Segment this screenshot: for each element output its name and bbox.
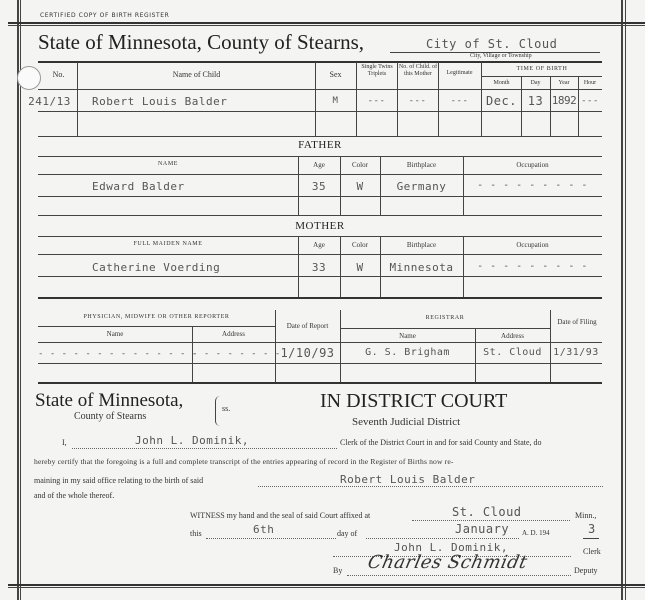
bottom-rule xyxy=(8,584,645,586)
mother-col-birthplace: Birthplace xyxy=(380,241,463,249)
minn-label: Minn., xyxy=(575,511,596,520)
form-title: CERTIFIED COPY OF BIRTH REGISTER xyxy=(40,12,169,19)
father-occupation-value: - - - - - - - - - xyxy=(463,180,602,191)
father-section-title: FATHER xyxy=(38,139,602,151)
father-header-bottom xyxy=(38,174,602,175)
witness-text: WITNESS my hand and the seal of said Cou… xyxy=(190,511,370,520)
physician-title: PHYSICIAN, MIDWIFE OR OTHER REPORTER xyxy=(38,314,275,320)
registrar-header-mid xyxy=(340,328,550,329)
report-row-bottom xyxy=(38,363,602,364)
col-month: Month xyxy=(482,80,521,86)
top-rule-2 xyxy=(8,25,645,26)
right-border xyxy=(621,0,623,600)
col-year: Year xyxy=(550,80,578,86)
report-header-mid xyxy=(38,326,275,327)
year-underline xyxy=(583,538,599,539)
father-bottom xyxy=(38,215,602,216)
mother-header-bottom xyxy=(38,254,602,255)
col-plurality: Single Twins Triplets xyxy=(358,64,396,78)
physician-name-value: - - - - - - - - - - - - - - xyxy=(38,349,192,359)
date-of-report-value: 1/10/93 xyxy=(275,346,340,360)
child-legitimate-value: --- xyxy=(438,96,481,106)
mother-bottom xyxy=(38,297,602,299)
father-top xyxy=(38,156,602,157)
mother-color-value: W xyxy=(340,261,380,274)
child-number-value: --- xyxy=(397,96,438,106)
month-value: January xyxy=(455,522,509,536)
child-name-value: Robert Louis Balder xyxy=(92,95,227,108)
col-sex: Sex xyxy=(315,70,356,79)
mother-section-title: MOTHER xyxy=(38,220,602,232)
birth-year-value: 1892 xyxy=(548,94,580,107)
physician-name-label: Name xyxy=(38,330,192,338)
child-name-line xyxy=(258,486,603,487)
bottom-rule-2 xyxy=(8,587,645,588)
witness-place-line xyxy=(412,520,570,521)
right-border-inner xyxy=(625,0,626,600)
clerk-text: Clerk of the District Court in and for s… xyxy=(340,438,542,447)
day-value: 6th xyxy=(253,523,274,536)
child-plurality-value: --- xyxy=(356,96,397,106)
time-of-birth-divider xyxy=(482,76,602,77)
father-col-occupation: Occupation xyxy=(463,161,602,169)
col-hour: Hour xyxy=(578,80,602,86)
physician-address-label: Address xyxy=(192,330,275,338)
top-rule xyxy=(8,22,645,24)
mother-occupation-value: - - - - - - - - - xyxy=(463,261,602,272)
cert-line2: hereby certify that the foregoing is a f… xyxy=(34,457,454,466)
deputy-label: Deputy xyxy=(574,566,598,575)
child-sex-value: M xyxy=(315,96,356,106)
col-child-no: No. of Child. of this Mother xyxy=(398,64,438,78)
deputy-sign-line xyxy=(347,575,571,576)
col-name-of-child: Name of Child xyxy=(78,70,315,79)
date-of-filing-label: Date of Filing xyxy=(556,318,598,327)
mother-row-bottom xyxy=(38,276,602,277)
court-title: IN DISTRICT COURT xyxy=(320,390,507,413)
father-col-name: NAME xyxy=(38,161,298,167)
birth-day-value: 13 xyxy=(521,94,550,108)
mother-top xyxy=(38,236,602,237)
father-color-value: W xyxy=(340,180,380,193)
day-line xyxy=(206,538,336,539)
father-birthplace-value: Germany xyxy=(380,180,463,193)
registrar-name-label: Name xyxy=(340,332,475,340)
report-bottom xyxy=(38,382,602,384)
col-day: Day xyxy=(521,80,550,86)
birth-month-value: Dec. xyxy=(482,94,521,108)
punch-hole xyxy=(17,66,41,90)
mother-col-age: Age xyxy=(298,241,340,249)
child-no-value: 241/13 xyxy=(22,95,77,108)
father-row-bottom xyxy=(38,196,602,197)
report-header-bottom xyxy=(38,342,602,343)
by-label: By xyxy=(333,566,342,575)
col-div xyxy=(550,310,551,382)
registrar-title: REGISTRAR xyxy=(340,315,550,321)
father-age-value: 35 xyxy=(298,180,340,193)
day-of-label: day of xyxy=(337,529,357,538)
cert-state: State of Minnesota, xyxy=(35,390,183,412)
child-header-bottom xyxy=(38,89,602,90)
father-col-color: Color xyxy=(340,161,380,169)
cert-line3-prefix: maining in my said office relating to th… xyxy=(34,476,203,485)
registrar-address-label: Address xyxy=(475,332,550,340)
locality-label: City, Village or Township xyxy=(470,53,532,59)
mother-name-value: Catherine Voerding xyxy=(92,261,220,274)
mother-col-name: FULL MAIDEN NAME xyxy=(38,241,298,247)
left-border-inner xyxy=(20,0,21,600)
cert-line4: and of the whole thereof. xyxy=(34,491,114,500)
child-row-bottom xyxy=(38,111,602,112)
year-digit: 3 xyxy=(588,522,596,536)
mother-col-color: Color xyxy=(340,241,380,249)
birth-hour-value: --- xyxy=(578,96,602,106)
witness-place: St. Cloud xyxy=(452,505,522,519)
registrar-name-value: G. S. Brigham xyxy=(340,347,475,358)
registrar-address-value: St. Cloud xyxy=(475,347,550,358)
date-of-filing-value: 1/31/93 xyxy=(549,347,603,358)
father-col-age: Age xyxy=(298,161,340,169)
col-no: No. xyxy=(40,70,77,79)
ad-label: A. D. 194 xyxy=(522,529,550,537)
cert-child-name: Robert Louis Balder xyxy=(340,473,475,486)
col-time-of-birth: TIME OF BIRTH xyxy=(482,66,602,72)
date-of-report-label: Date of Report xyxy=(275,322,340,330)
clerk-name-line xyxy=(72,448,337,449)
child-table-bottom xyxy=(38,136,602,137)
left-border xyxy=(17,0,19,600)
locality-value: City of St. Cloud xyxy=(426,37,557,51)
state-county-heading: State of Minnesota, County of Stearns, xyxy=(38,30,364,55)
i-prefix: I, xyxy=(62,438,67,447)
mother-birthplace-value: Minnesota xyxy=(380,261,463,274)
father-name-value: Edward Balder xyxy=(92,180,185,193)
clerk-name-value: John L. Dominik, xyxy=(135,434,249,447)
mother-age-value: 33 xyxy=(298,261,340,274)
child-table-top xyxy=(38,61,602,63)
judicial-district: Seventh Judicial District xyxy=(352,416,460,428)
cert-county: County of Stearns xyxy=(74,411,146,422)
deputy-signature: Charles Schmidt xyxy=(366,552,530,573)
clerk-label: Clerk xyxy=(583,547,601,556)
ss-label: ss. xyxy=(222,404,230,413)
this-label: this xyxy=(190,529,202,538)
physician-address-value: - - - - - - - - xyxy=(192,349,275,359)
col-legitimate: Legitimate xyxy=(438,70,481,76)
mother-col-occupation: Occupation xyxy=(463,241,602,249)
month-line xyxy=(366,538,519,539)
ss-brace xyxy=(215,396,220,426)
father-col-birthplace: Birthplace xyxy=(380,161,463,169)
